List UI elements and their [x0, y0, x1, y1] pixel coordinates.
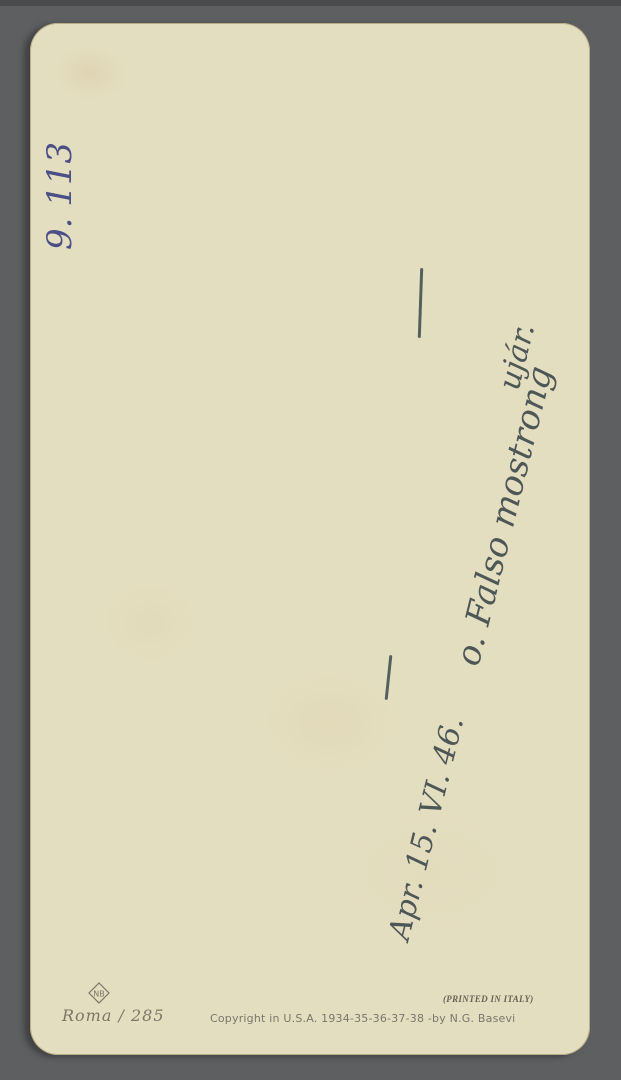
- frame-edge: [0, 0, 621, 6]
- publisher-logo-icon: NB: [88, 982, 110, 1004]
- svg-text:NB: NB: [93, 990, 104, 999]
- catalog-number-handwriting: 9. 113: [40, 142, 80, 250]
- publisher-place-number: Roma / 285: [62, 1006, 165, 1025]
- printed-in-notice: (PRINTED IN ITALY): [443, 994, 534, 1004]
- copyright-notice: Copyright in U.S.A. 1934-35-36-37-38 -by…: [210, 1012, 515, 1025]
